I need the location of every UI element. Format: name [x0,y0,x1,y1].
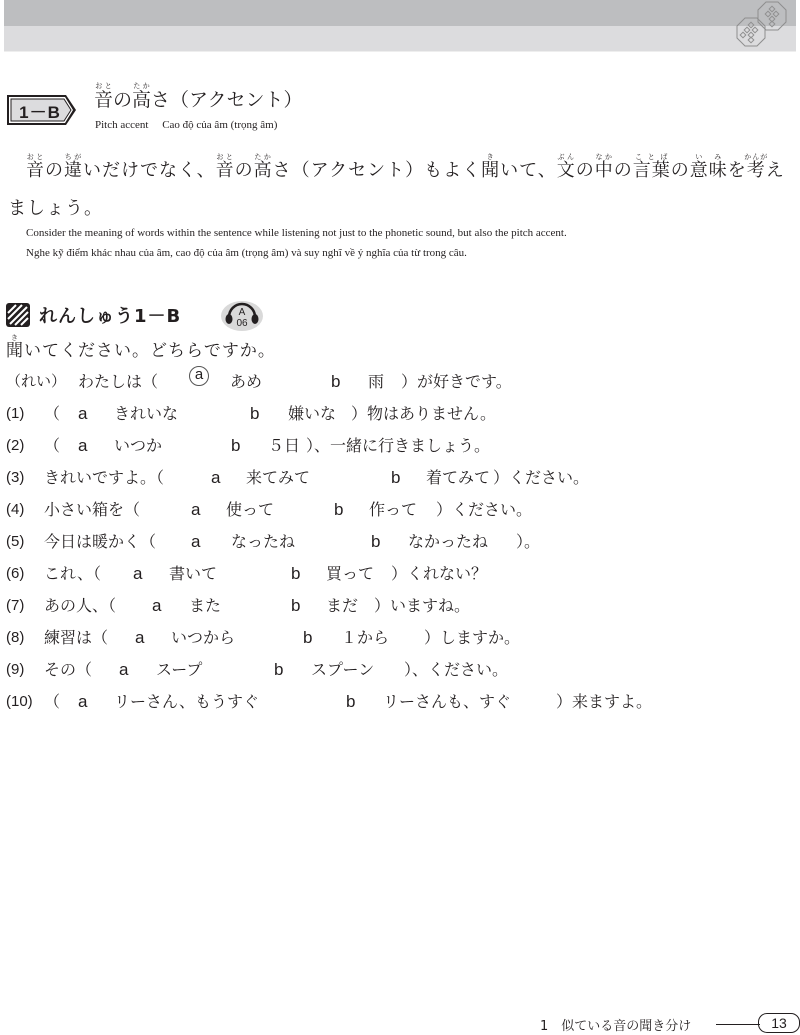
question-prefix: きれいですよ。（ [44,462,164,494]
option-b-mark[interactable]: b [391,462,400,494]
option-a-text[interactable]: スープ [156,654,202,686]
option-b-mark[interactable]: b [334,494,343,526]
option-b-text[interactable]: なかったね [408,526,488,558]
audio-track-icon[interactable]: A 06 [220,300,264,332]
option-b-mark[interactable]: b [303,622,312,654]
intro-english: Consider the meaning of words within the… [26,227,567,239]
question-number: (8) [6,622,24,654]
question-suffix: ）ください。 [493,462,589,494]
section-badge-label: 1－B [14,98,66,123]
question-suffix: ）ください。 [436,494,532,526]
question-suffix: ）が好きです。 [401,366,512,398]
question-suffix: ）くれない？ [391,558,487,590]
question-prefix: 小さい箱を（ [44,494,140,526]
question-prefix: あの人、（ [44,590,116,622]
option-a-mark[interactable]: a [191,526,200,558]
section-title: 音おとの高たかさ（アクセント） [94,82,302,112]
intro-vietnamese: Nghe kỹ điểm khác nhau của âm, cao độ củ… [26,247,467,259]
question-prefix: わたしは（ [78,366,158,398]
option-b-text[interactable]: 嫌いな [288,398,336,430]
selected-circle-icon: a [189,366,209,386]
question-suffix: ）、ください。 [404,654,508,686]
header-band-top [4,0,796,26]
svg-text:A: A [239,307,246,318]
section-subtitle: Pitch accent Cao độ của âm (trọng âm) [95,116,277,132]
option-b-text[interactable]: 買って [326,558,374,590]
option-a-mark[interactable]: a [135,622,144,654]
option-b-text[interactable]: １から [341,622,389,654]
question-suffix: ）。 [516,526,540,558]
question-prefix: その（ [44,654,92,686]
option-a-text[interactable]: リーさん、もうすぐ [114,686,259,718]
question-prefix: （ [44,430,60,462]
option-b-mark[interactable]: b [274,654,283,686]
question-prefix: 練習は（ [44,622,108,654]
option-b-mark[interactable]: b [371,526,380,558]
question-number: (1) [6,398,24,430]
option-b-text[interactable]: スプーン [311,654,374,686]
option-a-mark[interactable]: a [78,398,87,430]
option-a-text[interactable]: 書いて [169,558,217,590]
option-a-mark[interactable]: a [78,430,87,462]
option-a-mark[interactable]: a [152,590,161,622]
option-a-text[interactable]: あめ [230,366,262,398]
question-number: (6) [6,558,24,590]
option-a-mark[interactable]: a [191,494,200,526]
question-number: (3) [6,462,24,494]
option-b-text[interactable]: 雨 [368,366,384,398]
section-badge: 1－B [6,94,76,124]
header-band [4,0,796,52]
practice-title: れんしゅう1－B [39,302,181,328]
option-a-text[interactable]: また [189,590,221,622]
option-a-mark[interactable]: a [133,558,142,590]
option-b-mark[interactable]: b [346,686,355,718]
question-suffix: ）、一緒に行きましょう。 [306,430,490,462]
option-b-mark[interactable]: b [231,430,240,462]
option-a-mark[interactable]: a [119,654,128,686]
option-a-text[interactable]: 使って [226,494,274,526]
question-suffix: ）しますか。 [424,622,520,654]
svg-text:06: 06 [236,318,248,329]
header-band-bottom [4,26,796,52]
question-suffix: ）来ますよ。 [556,686,652,718]
question-number: (5) [6,526,24,558]
octagon-ornament-icon [716,0,796,52]
option-b-mark[interactable]: b [331,366,340,398]
option-b-text[interactable]: まだ [326,590,358,622]
option-b-text[interactable]: 着てみて [426,462,490,494]
question-prefix: （ [44,686,60,718]
page-number: 13 [758,1013,800,1033]
question-suffix: ）いますね。 [374,590,470,622]
option-a-text[interactable]: いつから [171,622,235,654]
option-a-text[interactable]: きれいな [114,398,178,430]
chapter-title: 1 似ている音の聞き分け [540,1015,691,1034]
option-a-mark[interactable]: a [211,462,220,494]
practice-hatch-icon [6,303,30,327]
option-a-text[interactable]: なったね [231,526,295,558]
question-prefix: （ [44,398,60,430]
question-number: （れい） [6,366,66,398]
question-suffix: ）物はありません。 [351,398,496,430]
option-a-text[interactable]: 来てみて [246,462,310,494]
option-b-mark[interactable]: b [291,558,300,590]
question-number: (2) [6,430,24,462]
footer-rule [716,1024,760,1025]
option-a-text[interactable]: いつか [114,430,162,462]
option-b-text[interactable]: 作って [369,494,417,526]
option-b-text[interactable]: リーさんも、すぐ [383,686,511,718]
option-a-mark[interactable]: a [78,686,87,718]
practice-instruction: 聞きいてください。どちらですか。 [6,334,276,361]
option-b-mark[interactable]: b [250,398,259,430]
question-number: (4) [6,494,24,526]
question-prefix: 今日は暖かく（ [44,526,156,558]
question-number: (9) [6,654,24,686]
intro-line-1: 音おとの違ちがいだけでなく、音おとの高たかさ（アクセント）もよく聞きいて、文ぶん… [8,152,798,190]
question-prefix: これ、（ [44,558,101,590]
question-number: (10) [6,686,33,718]
question-number: (7) [6,590,24,622]
intro-paragraph: 音おとの違ちがいだけでなく、音おとの高たかさ（アクセント）もよく聞きいて、文ぶん… [8,152,798,228]
option-b-text[interactable]: ５日 [268,430,300,462]
intro-line-2: ましょう。 [8,190,798,228]
option-b-mark[interactable]: b [291,590,300,622]
